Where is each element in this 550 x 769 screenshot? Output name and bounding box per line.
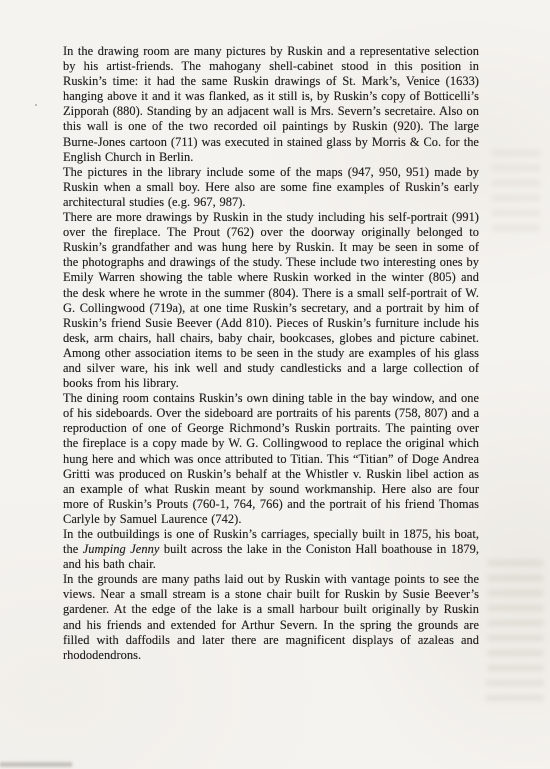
paragraph-text: There are more drawings by Ruskin in the… [63,210,479,390]
page-showthrough [488,560,543,680]
paragraph-library: The pictures in the library include some… [63,165,479,210]
paragraph-text: The dining room contains Ruskin’s own di… [63,391,479,526]
scanned-book-page: In the drawing room are many pictures by… [0,0,550,769]
paragraph-drawing-room: In the drawing room are many pictures by… [63,44,479,165]
paragraph-dining-room: The dining room contains Ruskin’s own di… [63,391,479,527]
paragraph-study: There are more drawings by Ruskin in the… [63,210,479,391]
boat-name-italic: Jumping Jenny [83,542,160,556]
scan-speck [35,104,37,106]
paragraph-text: In the grounds are many paths laid out b… [63,572,479,661]
text-block: In the drawing room are many pictures by… [63,44,479,663]
paragraph-outbuildings: In the outbuildings is one of Ruskin’s c… [63,527,479,572]
page-showthrough [492,150,540,240]
paragraph-text: In the drawing room are many pictures by… [63,44,479,164]
scan-smudge [0,762,72,767]
paragraph-text: The pictures in the library include some… [63,165,479,209]
paragraph-grounds: In the grounds are many paths laid out b… [63,572,479,663]
page-showthrough [486,680,544,708]
